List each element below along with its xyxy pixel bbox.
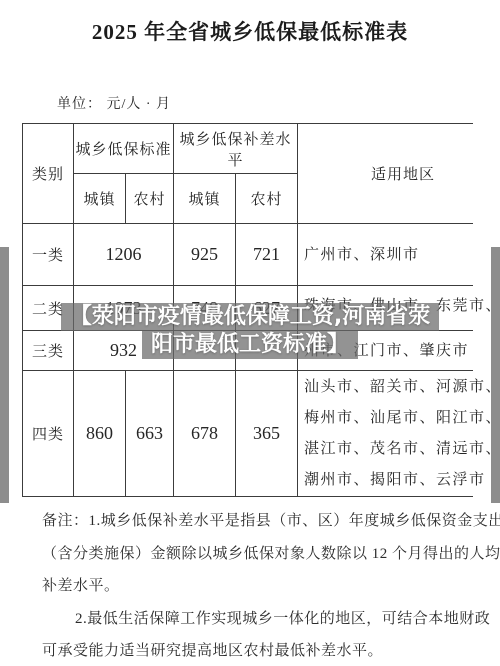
row1-regions: 广州市、深圳市 (298, 224, 500, 285)
note-line-4: 2.最低生活保障工作实现城乡一体化的地区，可结合本地财政 (75, 603, 474, 636)
row4-regions-line1: 汕头市、韶关市、河源市、 (304, 372, 500, 403)
header-subsidy-rural: 农村 (236, 174, 297, 223)
row4-regions-line4: 潮州市、揭阳市、云浮市 (304, 465, 486, 496)
row4-standard-rural: 663 (126, 371, 173, 496)
row4-regions-line2: 梅州市、汕尾市、阳江市、 (304, 403, 500, 434)
left-edge-bar (0, 247, 9, 503)
row4-category: 四类 (23, 371, 73, 496)
row1-category: 一类 (23, 224, 73, 285)
document-title: 2025 年全省城乡低保最低标准表 (0, 16, 500, 46)
header-regions: 适用地区 (298, 124, 500, 223)
row4-standard-urban: 860 (74, 371, 125, 496)
row4-subsidy-rural: 365 (236, 371, 297, 496)
document-page: 2025 年全省城乡低保最低标准表 单位： 元/人 · 月 类别 城乡低保标准 … (0, 0, 500, 666)
note-line-1: 备注：1.城乡低保补差水平是指县（市、区）年度城乡低保资金支出 (42, 505, 474, 538)
right-edge-bar (491, 247, 500, 503)
header-standard-rural: 农村 (126, 174, 173, 223)
unit-label: 单位： 元/人 · 月 (57, 93, 171, 113)
row4-regions: 汕头市、韶关市、河源市、 梅州市、汕尾市、阳江市、 湛江市、茂名市、清远市、 潮… (298, 371, 500, 496)
header-standard-urban: 城镇 (74, 174, 125, 223)
row4-regions-line3: 湛江市、茂名市、清远市、 (304, 434, 500, 465)
row1-subsidy-urban: 925 (174, 224, 235, 285)
subtitle-line2-wrap: 阳市最低工资标准】 (0, 331, 500, 359)
subtitle-overlay: 【荥阳市疫情最低保障工资,河南省荥 阳市最低工资标准】 (0, 303, 500, 359)
row1-subsidy-rural: 721 (236, 224, 297, 285)
subtitle-line1: 【荥阳市疫情最低保障工资,河南省荥 (61, 303, 439, 331)
note-line-2: （含分类施保）金额除以城乡低保对象人数除以 12 个月得出的人均 (42, 538, 474, 571)
header-standard-group: 城乡低保标准 (74, 124, 173, 173)
subtitle-line2: 阳市最低工资标准】 (142, 331, 358, 359)
row4-subsidy-urban: 678 (174, 371, 235, 496)
subtitle-line1-wrap: 【荥阳市疫情最低保障工资,河南省荥 (0, 303, 500, 331)
note-line-3: 补差水平。 (42, 570, 474, 603)
row1-standard: 1206 (74, 224, 173, 285)
notes-block: 备注：1.城乡低保补差水平是指县（市、区）年度城乡低保资金支出 （含分类施保）金… (42, 505, 474, 666)
note-line-5: 可承受能力适当研究提高地区农村最低补差水平。 (42, 635, 474, 666)
header-category: 类别 (23, 124, 73, 223)
header-subsidy-urban: 城镇 (174, 174, 235, 223)
header-subsidy-group: 城乡低保补差水平 (174, 124, 297, 173)
